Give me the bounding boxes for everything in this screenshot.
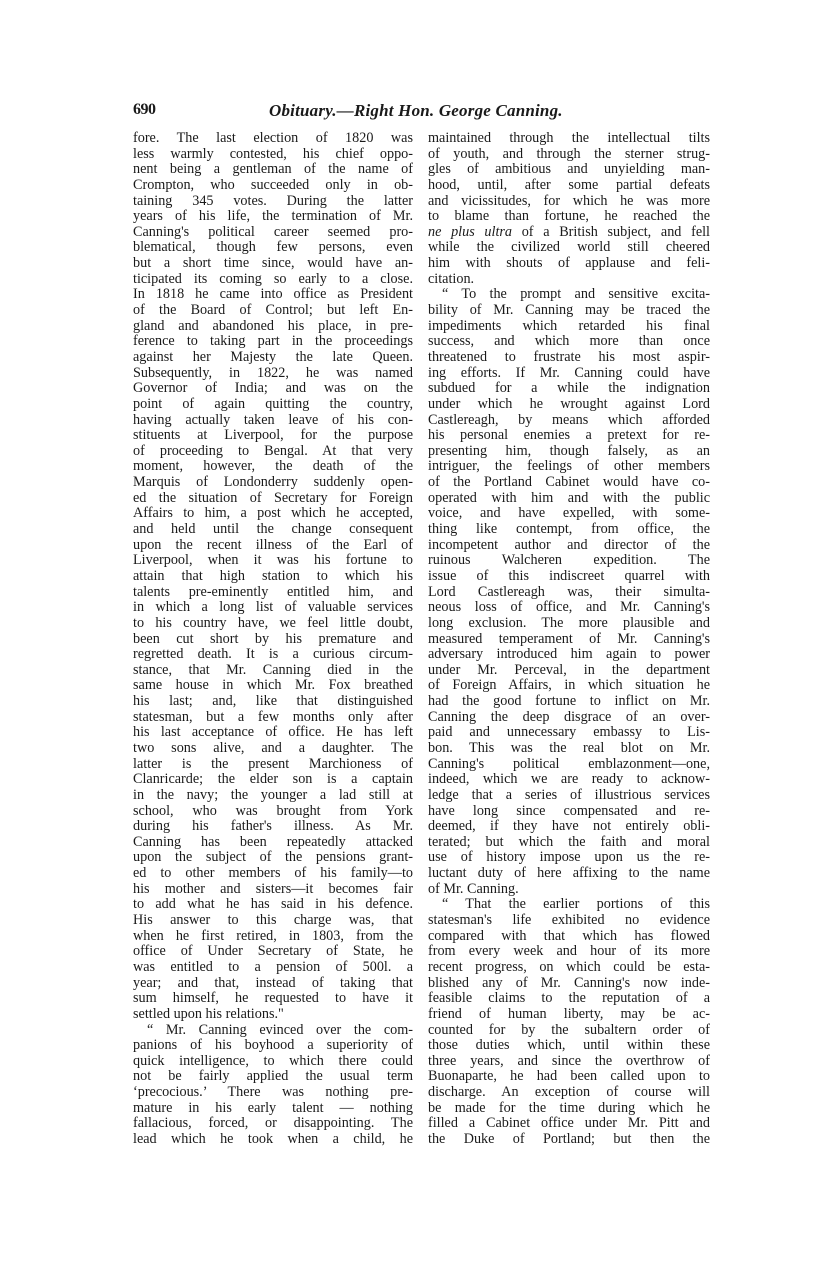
text-line: feasible claims to the reputation of a bbox=[428, 991, 710, 1007]
text-line: ‘precocious.’ There was nothing pre- bbox=[133, 1085, 413, 1101]
italic-phrase: ne plus ultra bbox=[428, 225, 512, 240]
text-line: stituents at Liverpool, for the purpose bbox=[133, 428, 413, 444]
text-line: Governor of India; and was on the bbox=[133, 381, 413, 397]
text-line: ticipated its coming so early to a close… bbox=[133, 272, 413, 288]
text-line: when he first retired, in 1803, from the bbox=[133, 929, 413, 945]
text-line: Affairs to him, a post which he accepted… bbox=[133, 506, 413, 522]
text-line: and vicissitudes, for which he was more bbox=[428, 194, 710, 210]
left-text-column: fore. The last election of 1820 wasless … bbox=[133, 131, 413, 1148]
text-line: but a short time since, would have an- bbox=[133, 256, 413, 272]
page-number: 690 bbox=[133, 101, 156, 119]
text-line: sum himself, he requested to have it bbox=[133, 991, 413, 1007]
text-line: Canning the deep disgrace of an over- bbox=[428, 710, 710, 726]
text-line: his personal enemies a pretext for re- bbox=[428, 428, 710, 444]
text-line: been cut short by his premature and bbox=[133, 632, 413, 648]
text-line: settled upon his relations." bbox=[133, 1007, 413, 1023]
text-line: threatened to frustrate his most aspir- bbox=[428, 350, 710, 366]
text-line: to his country have, we feel little doub… bbox=[133, 616, 413, 632]
text-line: “ That the earlier portions of this bbox=[428, 897, 710, 913]
text-line: not be fairly applied the usual term bbox=[133, 1069, 413, 1085]
text-line: regretted death. It is a curious circum- bbox=[133, 647, 413, 663]
text-line: ference to taking part in the proceeding… bbox=[133, 334, 413, 350]
text-line: latter is the present Marchioness of bbox=[133, 757, 413, 773]
text-line: “ Mr. Canning evinced over the com- bbox=[133, 1023, 413, 1039]
text-line: “ To the prompt and sensitive excita- bbox=[428, 287, 710, 303]
text-line: Buonaparte, he had been called upon to bbox=[428, 1069, 710, 1085]
text-line: hood, until, after some partial defeats bbox=[428, 178, 710, 194]
text-line: lead which he took when a child, he bbox=[133, 1132, 413, 1148]
text-line: ne plus ultra of a British subject, and … bbox=[428, 225, 710, 241]
text-line: point of again quitting the country, bbox=[133, 397, 413, 413]
text-line: In 1818 he came into office as President bbox=[133, 287, 413, 303]
text-line: three years, and since the overthrow of bbox=[428, 1054, 710, 1070]
text-line: filled a Cabinet office under Mr. Pitt a… bbox=[428, 1116, 710, 1132]
text-line: Canning's political career seemed pro- bbox=[133, 225, 413, 241]
text-line: citation. bbox=[428, 272, 710, 288]
text-line: statesman's life exhibited no evidence bbox=[428, 913, 710, 929]
text-line: impediments which retarded his final bbox=[428, 319, 710, 335]
text-line: be made for the time during which he bbox=[428, 1101, 710, 1117]
text-line: intriguer, the feelings of other members bbox=[428, 459, 710, 475]
text-line: less warmly contested, his chief oppo- bbox=[133, 147, 413, 163]
text-line: of youth, and through the sterner strug- bbox=[428, 147, 710, 163]
text-line: gland and abandoned his place, in pre- bbox=[133, 319, 413, 335]
text-line: his mother and sisters—it becomes fair bbox=[133, 882, 413, 898]
text-line: luctant duty of here affixing to the nam… bbox=[428, 866, 710, 882]
text-line: taining 345 votes. During the latter bbox=[133, 194, 413, 210]
text-line: use of history impose upon us the re- bbox=[428, 850, 710, 866]
text-line: upon the subject of the pensions grant- bbox=[133, 850, 413, 866]
text-line: fore. The last election of 1820 was bbox=[133, 131, 413, 147]
text-line: voice, and have expelled, with some- bbox=[428, 506, 710, 522]
text-line: moment, however, the death of the bbox=[133, 459, 413, 475]
text-line: same house in which Mr. Fox breathed bbox=[133, 678, 413, 694]
text-line: attain that high station to which his bbox=[133, 569, 413, 585]
text-line: having actually taken leave of his con- bbox=[133, 413, 413, 429]
text-line: while the civilized world still cheered bbox=[428, 240, 710, 256]
text-line: gles of ambitious and unyielding man- bbox=[428, 162, 710, 178]
text-line: office of Under Secretary of State, he bbox=[133, 944, 413, 960]
text-line: ing efforts. If Mr. Canning could have bbox=[428, 366, 710, 382]
running-title: Obituary.—Right Hon. George Canning. bbox=[269, 101, 563, 121]
text-line: and held until the change consequent bbox=[133, 522, 413, 538]
text-line: had the good fortune to inflict on Mr. bbox=[428, 694, 710, 710]
text-line: to blame than fortune, he reached the bbox=[428, 209, 710, 225]
text-line: ed the situation of Secretary for Foreig… bbox=[133, 491, 413, 507]
text-line: of Foreign Affairs, in which situation h… bbox=[428, 678, 710, 694]
text-line: him with shouts of applause and feli- bbox=[428, 256, 710, 272]
text-line: blematical, though few persons, even bbox=[133, 240, 413, 256]
text-line: Subsequently, in 1822, he was named bbox=[133, 366, 413, 382]
text-line: year; and that, instead of taking that bbox=[133, 976, 413, 992]
text-line: Canning has been repeatedly attacked bbox=[133, 835, 413, 851]
text-line: two sons alive, and a daughter. The bbox=[133, 741, 413, 757]
text-line: those duties which, until within these bbox=[428, 1038, 710, 1054]
text-line: stance, that Mr. Canning died in the bbox=[133, 663, 413, 679]
text-line: neous loss of office, and Mr. Canning's bbox=[428, 600, 710, 616]
text-line: of the Portland Cabinet would have co- bbox=[428, 475, 710, 491]
text-line: His answer to this charge was, that bbox=[133, 913, 413, 929]
text-line: measured temperament of Mr. Canning's bbox=[428, 632, 710, 648]
text-line: his last; and, like that distinguished bbox=[133, 694, 413, 710]
text-line: under Mr. Perceval, in the department bbox=[428, 663, 710, 679]
text-line: years of his life, the termination of Mr… bbox=[133, 209, 413, 225]
text-line: success, and which more than once bbox=[428, 334, 710, 350]
text-line: Liverpool, when it was his fortune to bbox=[133, 553, 413, 569]
text-line: compared with that which has flowed bbox=[428, 929, 710, 945]
text-line: terated; but which the faith and moral bbox=[428, 835, 710, 851]
text-line: counted for by the subaltern order of bbox=[428, 1023, 710, 1039]
text-line: under which he wrought against Lord bbox=[428, 397, 710, 413]
text-line: Clanricarde; the elder son is a captain bbox=[133, 772, 413, 788]
text-line: panions of his boyhood a superiority of bbox=[133, 1038, 413, 1054]
text-line: was entitled to a pension of 500l. a bbox=[133, 960, 413, 976]
text-line: to add what he has said in his defence. bbox=[133, 897, 413, 913]
text-line: school, who was brought from York bbox=[133, 804, 413, 820]
text-line: against her Majesty the late Queen. bbox=[133, 350, 413, 366]
text-line: upon the recent illness of the Earl of bbox=[133, 538, 413, 554]
text-line: bon. This was the real blot on Mr. bbox=[428, 741, 710, 757]
text-line: subdued for a while the indignation bbox=[428, 381, 710, 397]
text-line: adversary introduced him again to power bbox=[428, 647, 710, 663]
text-line: friend of human liberty, may be ac- bbox=[428, 1007, 710, 1023]
text-line: of the Board of Control; but left En- bbox=[133, 303, 413, 319]
text-line: Castlereagh, by means which afforded bbox=[428, 413, 710, 429]
text-line: during his father's illness. As Mr. bbox=[133, 819, 413, 835]
text-line: incompetent author and director of the bbox=[428, 538, 710, 554]
text-line: from every week and hour of its more bbox=[428, 944, 710, 960]
text-line: long exclusion. The more plausible and bbox=[428, 616, 710, 632]
text-line: Marquis of Londonderry suddenly open- bbox=[133, 475, 413, 491]
text-line: of Mr. Canning. bbox=[428, 882, 710, 898]
right-text-column: maintained through the intellectual tilt… bbox=[428, 131, 710, 1148]
text-line: have long since compensated and re- bbox=[428, 804, 710, 820]
text-line: paid and unnecessary embassy to Lis- bbox=[428, 725, 710, 741]
document-page: 690 Obituary.—Right Hon. George Canning.… bbox=[0, 0, 835, 1262]
text-line: Lord Castlereagh was, their simulta- bbox=[428, 585, 710, 601]
text-line: talents pre-eminently entitled him, and bbox=[133, 585, 413, 601]
text-line: recent progress, on which could be esta- bbox=[428, 960, 710, 976]
text-line: discharge. An exception of course will bbox=[428, 1085, 710, 1101]
text-line: Canning's political emblazonment—one, bbox=[428, 757, 710, 773]
text-line: of proceeding to Bengal. At that very bbox=[133, 444, 413, 460]
text-line: ed to other members of his family—to bbox=[133, 866, 413, 882]
text-line: statesman, but a few months only after bbox=[133, 710, 413, 726]
text-line: in the navy; the younger a lad still at bbox=[133, 788, 413, 804]
text-line: blished any of Mr. Canning's now inde- bbox=[428, 976, 710, 992]
text-line: maintained through the intellectual tilt… bbox=[428, 131, 710, 147]
text-line: indeed, which we are ready to acknow- bbox=[428, 772, 710, 788]
text-line: mature in his early talent — nothing bbox=[133, 1101, 413, 1117]
text-line: ledge that a series of illustrious servi… bbox=[428, 788, 710, 804]
text-line: quick intelligence, to which there could bbox=[133, 1054, 413, 1070]
text-line: his last acceptance of office. He has le… bbox=[133, 725, 413, 741]
text-line: deemed, if they have not entirely obli- bbox=[428, 819, 710, 835]
text-line: fallacious, forced, or disappointing. Th… bbox=[133, 1116, 413, 1132]
running-head: 690 Obituary.—Right Hon. George Canning. bbox=[133, 101, 710, 121]
text-line: ruinous Walcheren expedition. The bbox=[428, 553, 710, 569]
text-line: thing like contempt, from office, the bbox=[428, 522, 710, 538]
text-line: presenting him, though falsely, as an bbox=[428, 444, 710, 460]
text-line: Crompton, who succeeded only in ob- bbox=[133, 178, 413, 194]
text-line: operated with him and with the public bbox=[428, 491, 710, 507]
text-line: in which a long list of valuable service… bbox=[133, 600, 413, 616]
text-line: bility of Mr. Canning may be traced the bbox=[428, 303, 710, 319]
text-line: issue of this indiscreet quarrel with bbox=[428, 569, 710, 585]
text-line: the Duke of Portland; but then the bbox=[428, 1132, 710, 1148]
text-line: nent being a gentleman of the name of bbox=[133, 162, 413, 178]
